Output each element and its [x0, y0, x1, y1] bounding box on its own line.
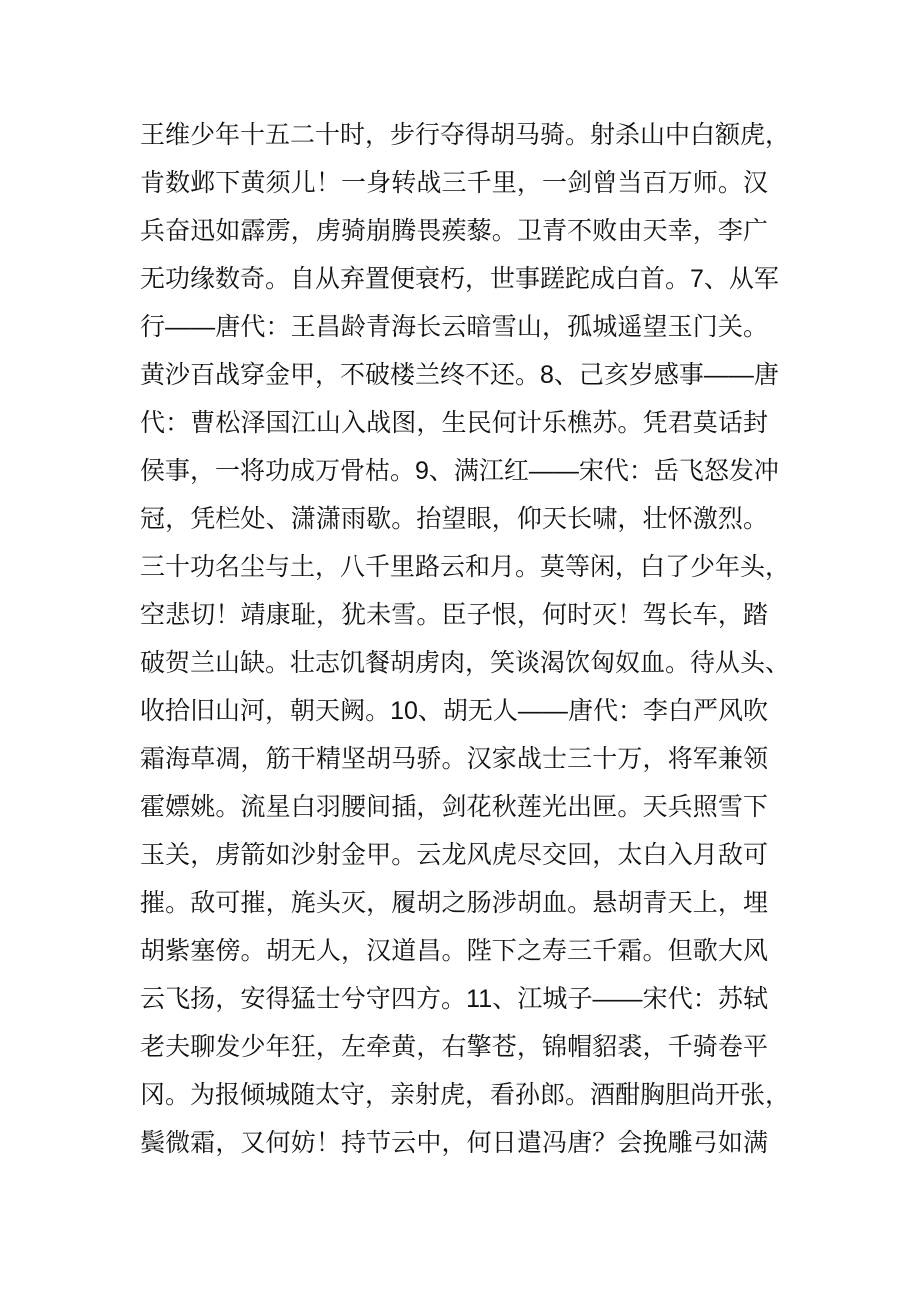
text-line: 云飞扬，安得猛士兮守四方。11、江城子——宋代：苏轼	[140, 975, 768, 1023]
text-line: 霍嫖姚。流星白羽腰间插，剑花秋莲光出匣。天兵照雪下	[140, 783, 768, 831]
text-line: 冠，凭栏处、潇潇雨歇。抬望眼，仰天长啸，壮怀激烈。	[140, 495, 768, 543]
text-line: 行——唐代：王昌龄青海长云暗雪山，孤城遥望玉门关。	[140, 303, 768, 351]
text-line: 破贺兰山缺。壮志饥餐胡虏肉，笑谈渴饮匈奴血。待从头、	[140, 639, 768, 687]
text-line: 王维少年十五二十时，步行夺得胡马骑。射杀山中白额虎，	[140, 111, 768, 159]
text-line: 鬓微霜，又何妨！持节云中，何日遣冯唐？会挽雕弓如满	[140, 1119, 768, 1167]
text-line: 侯事，一将功成万骨枯。9、满江红——宋代：岳飞怒发冲	[140, 447, 768, 495]
text-line: 老夫聊发少年狂，左牵黄，右擎苍，锦帽貂裘，千骑卷平	[140, 1023, 768, 1071]
text-line: 冈。为报倾城随太守，亲射虎，看孙郎。酒酣胸胆尚开张，	[140, 1071, 768, 1119]
text-line: 黄沙百战穿金甲，不破楼兰终不还。8、己亥岁感事——唐	[140, 351, 768, 399]
text-line: 收拾旧山河，朝天阙。10、胡无人——唐代：李白严风吹	[140, 687, 768, 735]
text-line: 三十功名尘与土，八千里路云和月。莫等闲，白了少年头，	[140, 543, 768, 591]
text-line: 玉关，虏箭如沙射金甲。云龙风虎尽交回，太白入月敌可	[140, 831, 768, 879]
document-text: 王维少年十五二十时，步行夺得胡马骑。射杀山中白额虎， 肯数邺下黄须儿！一身转战三…	[140, 111, 768, 1167]
text-line: 无功缘数奇。自从弃置便衰朽，世事蹉跎成白首。7、从军	[140, 255, 768, 303]
text-line: 肯数邺下黄须儿！一身转战三千里，一剑曾当百万师。汉	[140, 159, 768, 207]
text-line: 摧。敌可摧，旄头灭，履胡之肠涉胡血。悬胡青天上，埋	[140, 879, 768, 927]
text-line: 空悲切！靖康耻，犹未雪。臣子恨，何时灭！驾长车，踏	[140, 591, 768, 639]
text-line: 代：曹松泽国江山入战图，生民何计乐樵苏。凭君莫话封	[140, 399, 768, 447]
text-line: 兵奋迅如霹雳，虏骑崩腾畏蒺藜。卫青不败由天幸，李广	[140, 207, 768, 255]
text-line: 霜海草凋，筋干精坚胡马骄。汉家战士三十万，将军兼领	[140, 735, 768, 783]
document-page: 王维少年十五二十时，步行夺得胡马骑。射杀山中白额虎， 肯数邺下黄须儿！一身转战三…	[0, 0, 920, 1302]
text-line: 胡紫塞傍。胡无人，汉道昌。陛下之寿三千霜。但歌大风	[140, 927, 768, 975]
